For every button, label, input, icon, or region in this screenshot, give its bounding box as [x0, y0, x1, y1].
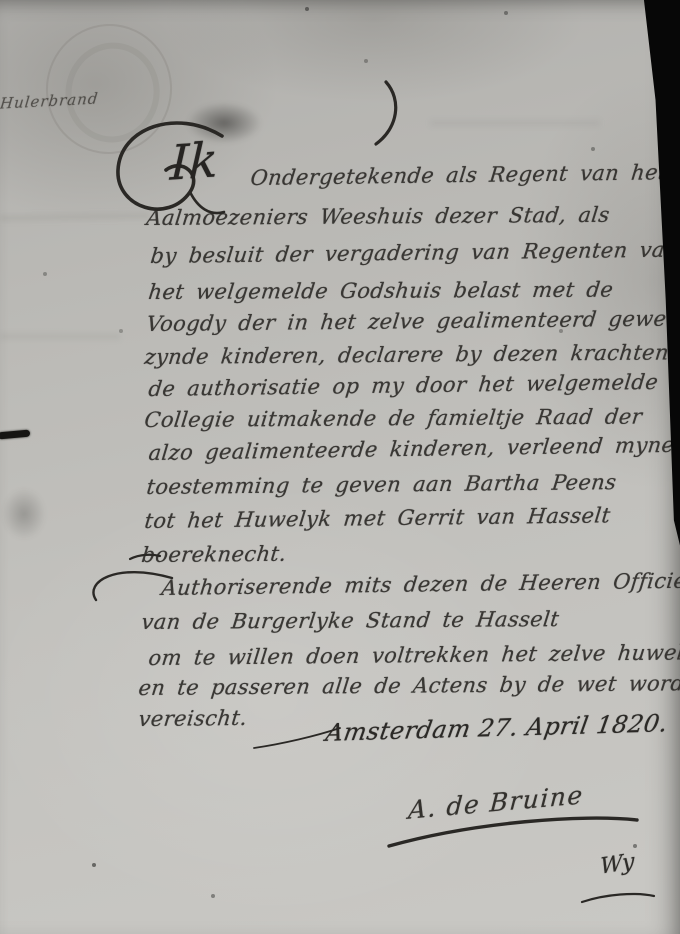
ink-bleedthrough — [0, 213, 150, 222]
manuscript-line: Authoriserende mits dezen de Heeren Offi… — [160, 568, 680, 600]
signature: A. de Bruine — [407, 780, 584, 825]
manuscript-line: van de Burgerlyke Stand te Hasselt — [140, 607, 560, 634]
binding-ink-mark — [0, 430, 30, 440]
manuscript-line: het welgemelde Godshuis belast met de — [147, 278, 614, 304]
paraph-underline-flourish — [580, 884, 656, 906]
ornate-initial: Ik — [169, 132, 219, 192]
manuscript-line: om te willen doen voltrekken het zelve h… — [147, 640, 680, 670]
ink-smudge — [2, 488, 46, 540]
manuscript-line: zynde kinderen, declarere by dezen krach… — [143, 340, 680, 369]
manuscript-line: vereischt. — [137, 706, 248, 731]
pen-flourish — [350, 78, 400, 150]
manuscript-line: boereknecht. — [140, 542, 288, 567]
paraph-mark: Wy — [600, 849, 635, 880]
manuscript-line: de authorisatie op my door het welgemeld… — [147, 370, 659, 401]
manuscript-line: Ondergetekende als Regent van het — [249, 160, 668, 190]
manuscript-line: tot het Huwelyk met Gerrit van Hasselt — [143, 503, 611, 533]
manuscript-line: Aalmoezeniers Weeshuis dezer Stad, als — [145, 203, 611, 230]
manuscript-line: alzo gealimenteerde kinderen, verleend m… — [147, 433, 675, 465]
manuscript-page: Hulerbrand Ik Ondergetekende als Regent … — [0, 0, 680, 934]
paper-specks — [0, 0, 2, 2]
pen-flourish — [82, 568, 174, 606]
ink-bleedthrough — [430, 120, 600, 126]
embossed-seal — [38, 16, 181, 162]
manuscript-line: by besluit der vergadering van Regenten … — [149, 238, 680, 268]
manuscript-line: Voogdy der in het zelve gealimenteerd ge… — [145, 306, 680, 336]
manuscript-line: en te passeren alle de Actens by de wet … — [137, 671, 680, 700]
ink-bleedthrough — [0, 334, 120, 339]
manuscript-line: Collegie uitmakende de famieltje Raad de… — [143, 405, 643, 432]
dateline: Amsterdam 27. April 1820. — [324, 709, 670, 747]
manuscript-line: toestemming te geven aan Bartha Peens — [145, 470, 617, 499]
